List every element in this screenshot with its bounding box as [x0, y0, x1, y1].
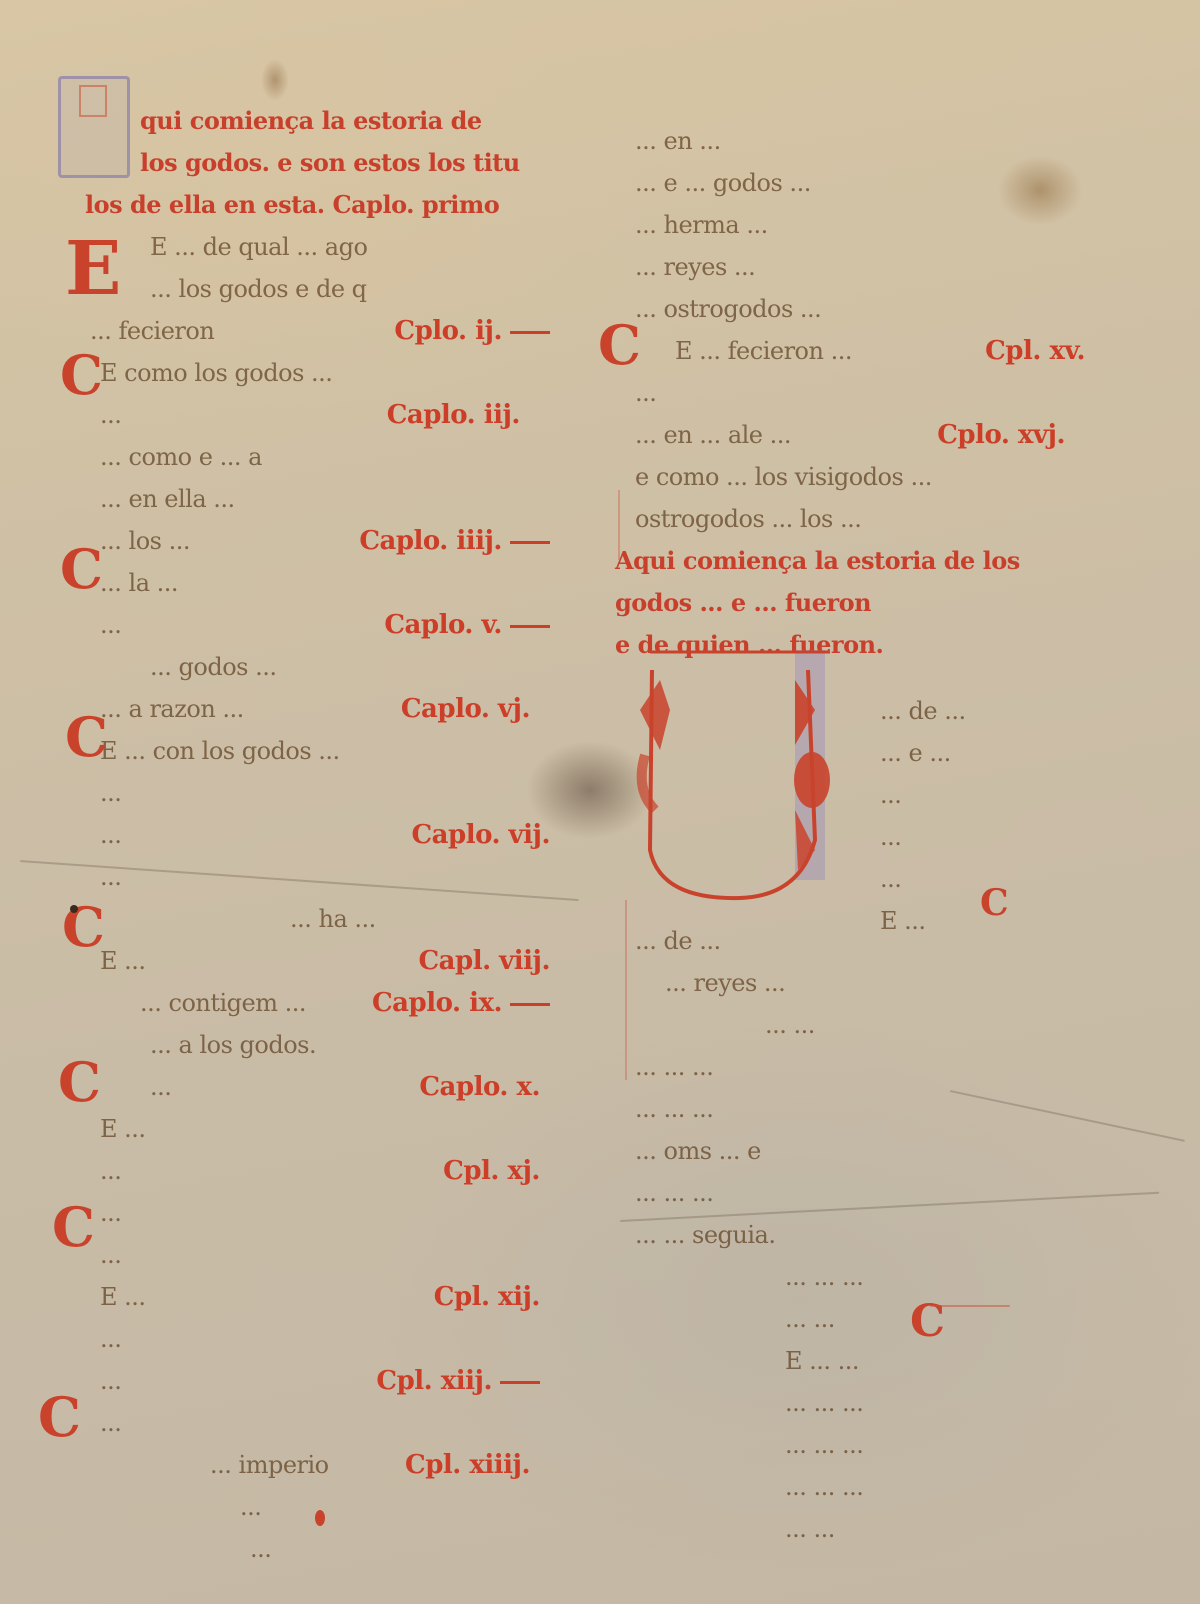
body-text: ...	[100, 1199, 121, 1227]
chapter-rubric: Cplo. ij.	[394, 310, 550, 352]
body-text: ... los godos e de q	[150, 275, 367, 303]
text-line: los de ella en esta. Caplo. primo	[60, 184, 550, 226]
body-text: ... en ...	[635, 127, 721, 155]
initial-v-ornament	[630, 650, 860, 920]
text-line: ... de ...	[880, 690, 1110, 732]
body-text: ... ostrogodos ...	[635, 295, 821, 323]
body-text: ... en ... ale ...	[635, 421, 791, 449]
text-line: E ...Capl. viij.	[60, 940, 550, 982]
worm-hole	[70, 905, 78, 913]
body-text: ... imperio	[210, 1451, 329, 1479]
text-line: ... ... ...	[635, 1088, 1115, 1130]
initial-tail-stroke	[930, 1305, 1010, 1307]
body-text: ... la ...	[100, 569, 178, 597]
body-text: E ... con los godos ...	[100, 737, 340, 765]
body-text: E como los godos ...	[100, 359, 332, 387]
body-text: ...	[100, 1157, 121, 1185]
body-text: ...	[635, 379, 656, 407]
text-line: ... reyes ...	[635, 962, 1115, 1004]
body-text: ...	[100, 1409, 121, 1437]
chapter-rubric: Caplo. vij.	[411, 814, 550, 856]
text-line: ...	[60, 1528, 550, 1570]
body-text: ... herma ...	[635, 211, 768, 239]
text-line: ... imperioCpl. xiiij.	[60, 1444, 550, 1486]
chapter-rubric: Caplo. vj.	[401, 688, 530, 730]
text-line: E como los godos ...	[60, 352, 550, 394]
body-text: ...	[880, 781, 901, 809]
text-line: ... ... ...	[635, 1382, 1115, 1424]
text-line: ... los godos e de q	[60, 268, 550, 310]
body-text: E ... de qual ... ago	[150, 233, 367, 261]
margin-ruling	[625, 900, 627, 1080]
text-line: ... los ...Caplo. iiij.	[60, 520, 550, 562]
right-column: ... en ... ... e ... godos ... ... herma…	[615, 120, 1095, 666]
paragraph-mark-icon: C	[58, 1055, 101, 1109]
body-text: ... ... ...	[635, 1179, 713, 1207]
left-column: qui comiença la estoria de los godos. e …	[60, 100, 550, 1570]
body-text: ...	[100, 1241, 121, 1269]
body-text: ... como e ... a	[100, 443, 262, 471]
text-line: ...	[60, 856, 550, 898]
text-line: ... como e ... a	[60, 436, 550, 478]
body-text: ... e ... godos ...	[635, 169, 811, 197]
text-line: ... de ...	[635, 920, 1115, 962]
rubric-heading: los de ella en esta. Caplo. primo	[85, 190, 499, 219]
text-line: ... ... ...	[635, 1466, 1115, 1508]
text-line: E ...	[60, 1108, 550, 1150]
rubric-heading: qui comiença la estoria de	[140, 106, 482, 135]
right-column-lower: ... de ... ... reyes ... ... ... ... ...…	[635, 920, 1115, 1550]
chapter-rubric: Caplo. ix.	[372, 982, 550, 1024]
text-line: ...	[60, 1234, 550, 1276]
chapter-rubric: Caplo. iij.	[387, 394, 520, 436]
chapter-rubric: Cpl. xv.	[985, 330, 1085, 372]
body-text: ... ... ...	[785, 1473, 863, 1501]
text-line: E ...Cpl. xij.	[60, 1276, 550, 1318]
body-text: ... en ella ...	[100, 485, 235, 513]
text-line: ... ... seguia.	[635, 1214, 1115, 1256]
body-text: ... oms ... e	[635, 1137, 761, 1165]
body-text: E ...	[100, 1283, 146, 1311]
body-text: ... ... ...	[785, 1431, 863, 1459]
text-line: ... contigem ...Caplo. ix.	[60, 982, 550, 1024]
text-line: ...	[880, 816, 1110, 858]
body-text: ...	[100, 401, 121, 429]
body-text: ... ... ...	[635, 1095, 713, 1123]
text-line: ...Caplo. vij.	[60, 814, 550, 856]
body-text: E ... ...	[785, 1347, 859, 1375]
body-text: ... reyes ...	[635, 253, 755, 281]
chapter-rubric: Cpl. xij.	[434, 1276, 540, 1318]
chapter-rubric: Cpl. xj.	[443, 1150, 540, 1192]
paragraph-mark-icon: C	[65, 710, 108, 764]
body-text: ... ...	[765, 1011, 815, 1039]
text-line: ... ...	[635, 1298, 1115, 1340]
body-text: ...	[100, 1367, 121, 1395]
body-text: ...	[100, 611, 121, 639]
chapter-rubric: Caplo. iiij.	[359, 520, 550, 562]
text-line: ... ostrogodos ...	[615, 288, 1095, 330]
text-line: ... ...	[635, 1004, 1115, 1046]
text-line: ... ... ...	[635, 1256, 1115, 1298]
text-line: ...Cpl. xiij.	[60, 1360, 550, 1402]
body-text: ... ...	[785, 1305, 835, 1333]
text-line: ...Caplo. v.	[60, 604, 550, 646]
text-line: ... a los godos.	[60, 1024, 550, 1066]
text-line: los godos. e son estos los titu	[60, 142, 550, 184]
body-text: ...	[880, 823, 901, 851]
text-line: ... ... ...	[635, 1172, 1115, 1214]
paragraph-mark-icon: C	[60, 542, 103, 596]
red-initial-e: E	[65, 232, 121, 306]
body-text: ...	[150, 1073, 171, 1101]
text-line: ...	[880, 774, 1110, 816]
text-line: Aqui comiença la estoria de los	[615, 540, 1095, 582]
chapter-rubric: Cpl. xiiij.	[405, 1444, 530, 1486]
text-line: ... en ...	[615, 120, 1095, 162]
red-ink-spot	[315, 1510, 325, 1526]
paragraph-mark-icon: C	[598, 318, 641, 372]
body-text: ... ... seguia.	[635, 1221, 775, 1249]
body-text: ... ... ...	[635, 1053, 713, 1081]
text-line: E ... con los godos ...	[60, 730, 550, 772]
text-line: ...Caplo. x.	[60, 1066, 550, 1108]
rubric-heading: los godos. e son estos los titu	[140, 148, 520, 177]
body-text: ...	[240, 1493, 261, 1521]
chapter-rubric: Caplo. x.	[419, 1066, 540, 1108]
text-line: ... en ella ...	[60, 478, 550, 520]
body-text: ... contigem ...	[140, 989, 306, 1017]
body-text: ... ... ...	[785, 1263, 863, 1291]
body-text: ... de ...	[880, 697, 966, 725]
paragraph-mark-icon: C	[980, 885, 1009, 921]
body-text: ostrogodos ... los ...	[635, 505, 861, 533]
paragraph-mark-icon: C	[38, 1390, 81, 1444]
text-line: ...	[60, 1318, 550, 1360]
text-line: ... la ...	[60, 562, 550, 604]
body-text: ... a razon ...	[100, 695, 244, 723]
text-line: ...	[60, 1402, 550, 1444]
text-line: ostrogodos ... los ...	[615, 498, 1095, 540]
text-line: ... a razon ...Caplo. vj.	[60, 688, 550, 730]
body-text: ... fecieron	[90, 317, 214, 345]
body-text: ... reyes ...	[665, 969, 785, 997]
body-text: ... ha ...	[290, 905, 376, 933]
body-text: ... e ...	[880, 739, 951, 767]
text-line: ... e ...	[880, 732, 1110, 774]
text-line: e como ... los visigodos ...	[615, 456, 1095, 498]
body-text: E ...	[100, 947, 146, 975]
body-text: ...	[100, 821, 121, 849]
text-line: godos ... e ... fueron	[615, 582, 1095, 624]
text-line: E ... de qual ... ago	[60, 226, 550, 268]
chapter-rubric: Cplo. xvj.	[937, 414, 1065, 456]
body-text: e como ... los visigodos ...	[635, 463, 932, 491]
chapter-rubric: Caplo. v.	[384, 604, 550, 646]
body-text: ...	[100, 863, 121, 891]
body-text: E ...	[100, 1115, 146, 1143]
text-line: ... e ... godos ...	[615, 162, 1095, 204]
decorated-initial-v	[630, 650, 860, 920]
paragraph-mark-icon: C	[60, 348, 103, 402]
text-line: ...	[60, 772, 550, 814]
paragraph-mark-icon: C	[52, 1200, 95, 1254]
text-line: ...	[60, 1192, 550, 1234]
body-text: ...	[100, 1325, 121, 1353]
body-text: ... a los godos.	[150, 1031, 316, 1059]
body-text: ... ... ...	[785, 1389, 863, 1417]
body-text: ...	[100, 779, 121, 807]
text-line: E ... ...	[635, 1340, 1115, 1382]
body-text: ...	[880, 865, 901, 893]
text-line: ... ha ...	[60, 898, 550, 940]
text-line: ... ... ...	[635, 1046, 1115, 1088]
text-line: ... oms ... e	[635, 1130, 1115, 1172]
text-line: ...	[615, 372, 1095, 414]
body-text: ... de ...	[635, 927, 721, 955]
text-line: ... ...	[635, 1508, 1115, 1550]
text-line: ...	[60, 1486, 550, 1528]
paragraph-mark-icon: C	[62, 900, 105, 954]
chapter-rubric: Cpl. xiij.	[376, 1360, 540, 1402]
text-line: ... ... ...	[635, 1424, 1115, 1466]
text-line: qui comiença la estoria de	[60, 100, 550, 142]
body-text: ... ...	[785, 1515, 835, 1543]
text-line: ...Cpl. xj.	[60, 1150, 550, 1192]
text-line: ...Caplo. iij.	[60, 394, 550, 436]
body-text: E ... fecieron ...	[675, 337, 852, 365]
text-line: ... fecieronCplo. ij.	[60, 310, 550, 352]
manuscript-page: qui comiença la estoria de los godos. e …	[0, 0, 1200, 1604]
text-line: ... reyes ...	[615, 246, 1095, 288]
chapter-rubric: Capl. viij.	[418, 940, 550, 982]
rubric-heading: godos ... e ... fueron	[615, 588, 871, 617]
text-line: ... godos ...	[60, 646, 550, 688]
text-line: E ... fecieron ...Cpl. xv.	[615, 330, 1095, 372]
text-line: ... herma ...	[615, 204, 1095, 246]
body-text: ... los ...	[100, 527, 190, 555]
rubric-heading: Aqui comiença la estoria de los	[615, 546, 1020, 575]
text-line: ... en ... ale ...Cplo. xvj.	[615, 414, 1095, 456]
body-text: ...	[250, 1535, 271, 1563]
body-text: ... godos ...	[150, 653, 276, 681]
